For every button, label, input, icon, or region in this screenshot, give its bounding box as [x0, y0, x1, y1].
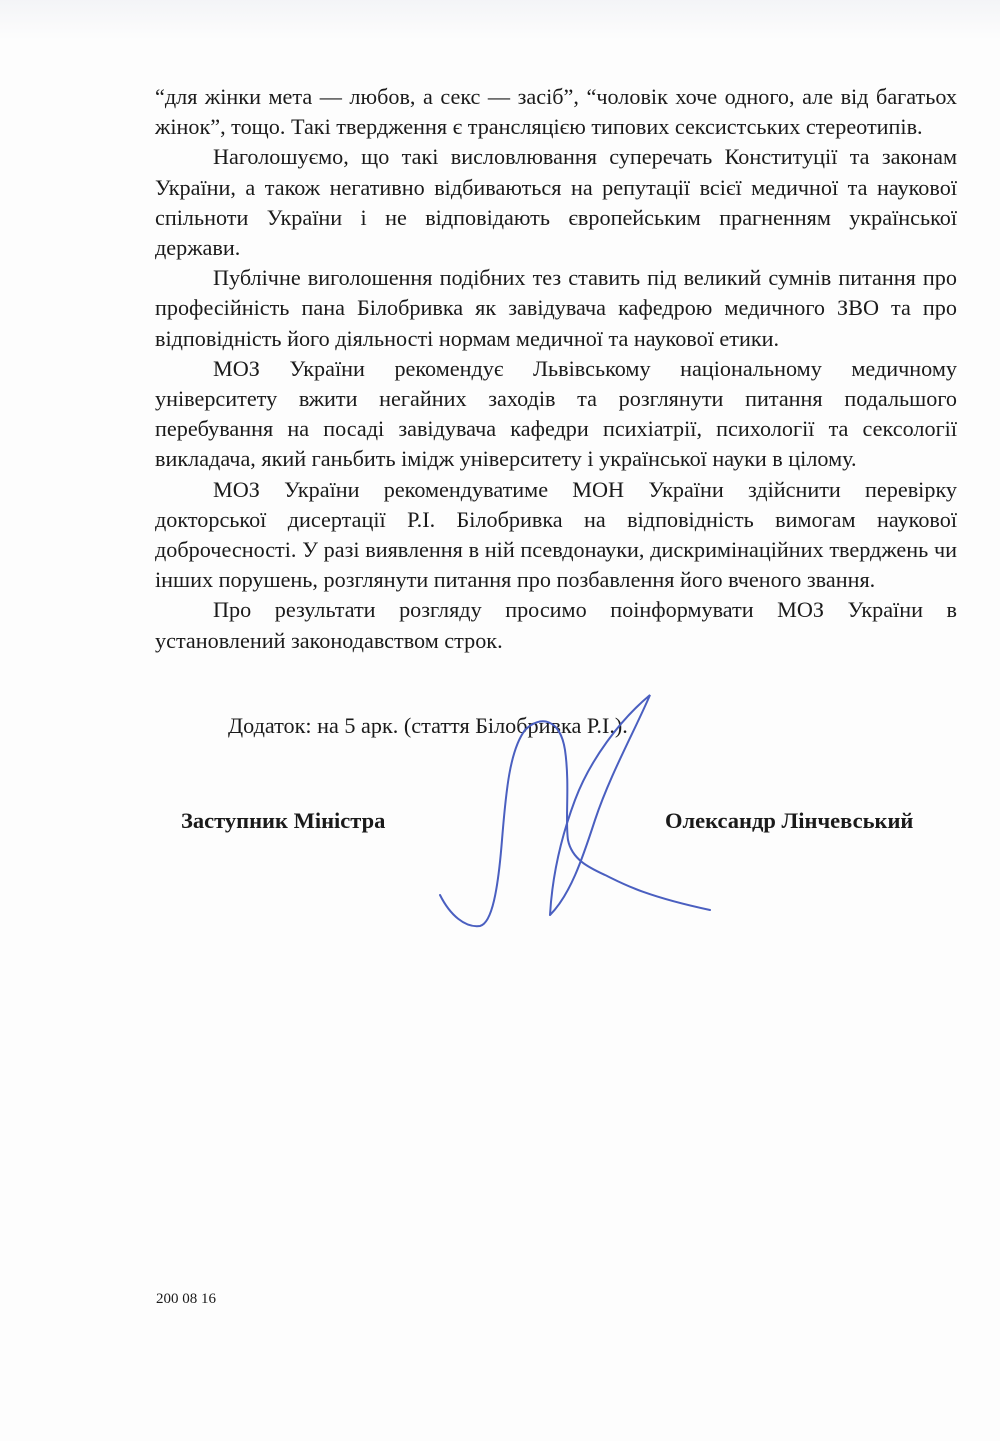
- paragraph-dissertation-check: МОЗ України рекомендуватиме МОН України …: [155, 475, 957, 596]
- scan-artifact: [0, 0, 1000, 40]
- paragraph-professionalism: Публічне виголошення подібних тез ставит…: [155, 263, 957, 354]
- paragraph-inform-results: Про результати розгляду просимо поінформ…: [155, 595, 957, 655]
- document-code: 200 08 16: [156, 1291, 216, 1308]
- letter-body: “для жінки мета — любов, а секс — засіб”…: [155, 82, 957, 656]
- signatory-title: Заступник Міністра: [181, 808, 385, 834]
- signatory-name: Олександр Лінчевський: [665, 808, 913, 834]
- paragraph-sexist-quotes: “для жінки мета — любов, а секс — засіб”…: [155, 82, 957, 142]
- document-page: “для жінки мета — любов, а секс — засіб”…: [0, 0, 1000, 1441]
- paragraph-university-recommendation: МОЗ України рекомендує Львівському націо…: [155, 354, 957, 475]
- paragraph-constitution: Наголошуємо, що такі висловлювання супер…: [155, 142, 957, 263]
